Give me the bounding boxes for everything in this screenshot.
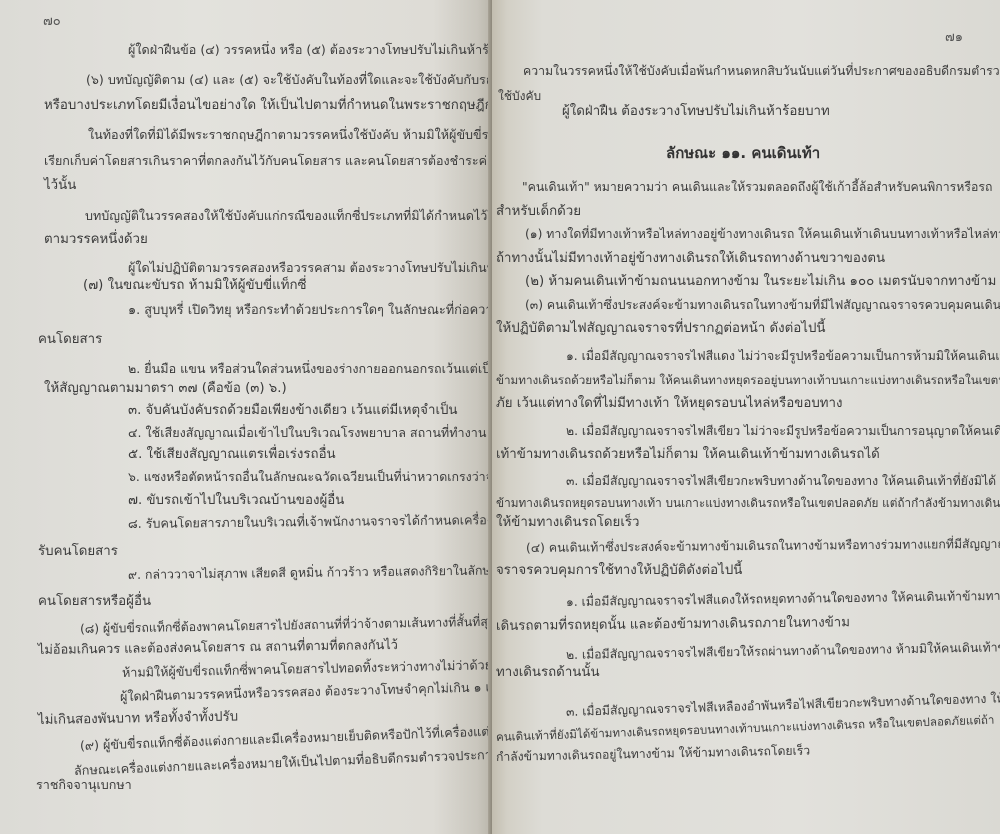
text-line: ผู้ใดไม่ปฏิบัติตามวรรคสองหรือวรรคสาม ต้อ…: [128, 259, 492, 277]
right-page: ๗๑ ความในวรรคหนึ่งให้ใช้บังคับเมื่อพ้นกำ…: [492, 0, 1000, 834]
page-number: ๗๑: [945, 26, 963, 47]
text-line: ราชกิจจานุเบกษา: [36, 776, 132, 794]
text-line: ๙. กล่าววาจาไม่สุภาพ เสียดสี ดูหมิ่น ก้า…: [128, 561, 492, 584]
text-line: (๔) คนเดินเท้าซึ่งประสงค์จะข้ามทางข้ามเด…: [526, 535, 1000, 557]
text-line: (๒) ห้ามคนเดินเท้าข้ามถนนนอกทางข้าม ในระ…: [525, 273, 996, 291]
text-line: ภัย เว้นแต่ทางใดที่ไม่มีทางเท้า ให้หยุดร…: [496, 395, 843, 413]
text-line: (๘) ผู้ขับขี่รถแท็กซี่ต้องพาคนโดยสารไปยั…: [80, 611, 492, 637]
text-line: ๘. รับคนโดยสารภายในบริเวณที่เจ้าพนักงานจ…: [128, 511, 492, 533]
text-line: จราจรควบคุมการใช้ทางให้ปฏิบัติดังต่อไปนี…: [496, 562, 742, 580]
text-line: (๗) ในขณะขับรถ ห้ามมิให้ผู้ขับขี่แท็กซี่: [83, 277, 307, 295]
text-line: ให้สัญญาณตามมาตรา ๓๗ (คือข้อ (๓) ๖.): [44, 380, 287, 398]
text-line: สำหรับเด็กด้วย: [496, 203, 581, 221]
text-line: ใช้บังคับ: [498, 87, 541, 105]
text-line: รับคนโดยสาร: [38, 543, 118, 561]
text-line: ข้ามทางเดินรถด้วยหรือไม่ก็ตาม ให้คนเดินท…: [496, 371, 1000, 389]
text-line: ห้ามมิให้ผู้ขับขี่รถแท็กซี่พาคนโดยสารไปท…: [122, 655, 492, 682]
section-heading: ลักษณะ ๑๑. คนเดินเท้า: [666, 141, 820, 165]
text-line: ๗. ขับรถเข้าไปในบริเวณบ้านของผู้อื่น: [128, 492, 344, 510]
page-number: ๗๐: [43, 10, 61, 31]
text-line: (๑) ทางใดที่มีทางเท้าหรือไหล่ทางอยู่ข้าง…: [525, 225, 1000, 243]
text-line: ๕. ใช้เสียงสัญญาณแตรเพื่อเร่งรถอื่น: [128, 446, 336, 464]
text-line: บทบัญญัติในวรรคสองให้ใช้บังคับแก่กรณีของ…: [85, 207, 492, 225]
text-line: ๒. เมื่อมีสัญญาณจราจรไฟสีเขียว ไม่ว่าจะม…: [566, 422, 1000, 440]
text-line: ผู้ใดฝ่าฝืนข้อ (๔) วรรคหนึ่ง หรือ (๕) ต้…: [128, 41, 492, 59]
text-line: ไว้นั้น: [44, 177, 76, 195]
text-line: ตามวรรคหนึ่งด้วย: [44, 231, 148, 249]
text-line: ทางเดินรถด้านนั้น: [496, 664, 600, 682]
text-line: ความในวรรคหนึ่งให้ใช้บังคับเมื่อพ้นกำหนด…: [523, 62, 1000, 80]
text-line: ๓. จับคันบังคับรถด้วยมือเพียงข้างเดียว เ…: [128, 402, 458, 420]
text-line: ๖. แซงหรือตัดหน้ารถอื่นในลักษณะฉวัดเฉวีย…: [128, 468, 492, 486]
text-line: ให้ปฏิบัติตามไฟสัญญาณจราจรที่ปรากฏต่อหน้…: [496, 320, 826, 338]
text-line: หรือบางประเภทโดยมีเงื่อนไขอย่างใด ให้เป็…: [44, 97, 492, 115]
text-line: ๒. เมื่อมีสัญญาณจราจรไฟสีเขียวให้รถผ่านท…: [566, 638, 1000, 664]
text-line: เท้าข้ามทางเดินรถด้วยหรือไม่ก็ตาม ให้คนเ…: [496, 446, 880, 464]
text-line: ให้ข้ามทางเดินรถโดยเร็ว: [496, 514, 640, 532]
book-spread: ๗๐ ผู้ใดฝ่าฝืนข้อ (๔) วรรคหนึ่ง หรือ (๕)…: [0, 0, 1000, 834]
text-line: ไม่อ้อมเกินควร และต้องส่งคนโดยสาร ณ สถาน…: [38, 637, 398, 660]
text-line: ข้ามทางเดินรถหยุดรอบนทางเท้า บนเกาะแบ่งท…: [496, 494, 1000, 512]
text-line: ในท้องที่ใดที่มิได้มีพระราชกฤษฎีกาตามวรร…: [88, 126, 492, 144]
text-line: (๖) บทบัญญัติตาม (๔) และ (๕) จะใช้บังคับ…: [86, 71, 492, 89]
text-line: ๑. เมื่อมีสัญญาณจราจรไฟสีแดงให้รถหยุดทาง…: [566, 587, 1000, 611]
text-line: คนโดยสาร: [38, 331, 102, 349]
text-line: (๓) คนเดินเท้าซึ่งประสงค์จะข้ามทางเดินรถ…: [525, 296, 1000, 314]
text-line: ๑. เมื่อมีสัญญาณจราจรไฟสีแดง ไม่ว่าจะมีร…: [566, 347, 1000, 365]
text-line: "คนเดินเท้า" หมายความว่า คนเดินและให้รวม…: [522, 178, 992, 196]
text-line: เรียกเก็บค่าโดยสารเกินราคาที่ตกลงกันไว้ก…: [44, 152, 492, 170]
left-page: ๗๐ ผู้ใดฝ่าฝืนข้อ (๔) วรรคหนึ่ง หรือ (๕)…: [0, 0, 492, 834]
text-line: ๔. ใช้เสียงสัญญาณเมื่อเข้าไปในบริเวณโรงพ…: [128, 424, 492, 442]
text-line: คนโดยสารหรือผู้อื่น: [38, 593, 151, 611]
text-line: ผู้ใดฝ่าฝืน ต้องระวางโทษปรับไม่เกินห้าร้…: [562, 103, 830, 121]
text-line: ไม่เกินสองพันบาท หรือทั้งจำทั้งปรับ: [38, 709, 238, 730]
text-line: ถ้าทางนั้นไม่มีทางเท้าอยู่ข้างทางเดินรถใ…: [496, 250, 885, 268]
text-line: ๒. ยื่นมือ แขน หรือส่วนใดส่วนหนึ่งของร่า…: [128, 360, 492, 378]
text-line: ๑. สูบบุหรี่ เปิดวิทยุ หรือกระทำด้วยประก…: [128, 302, 492, 320]
text-line: ๓. เมื่อมีสัญญาณจราจรไฟสีเขียวกะพริบทางด…: [566, 472, 996, 490]
text-line: เดินรถตามที่รถหยุดนั้น และต้องข้ามทางเดิ…: [496, 614, 850, 636]
text-line: กำลังข้ามทางเดินรถอยู่ในทางข้าม ให้ข้ามท…: [496, 741, 810, 766]
